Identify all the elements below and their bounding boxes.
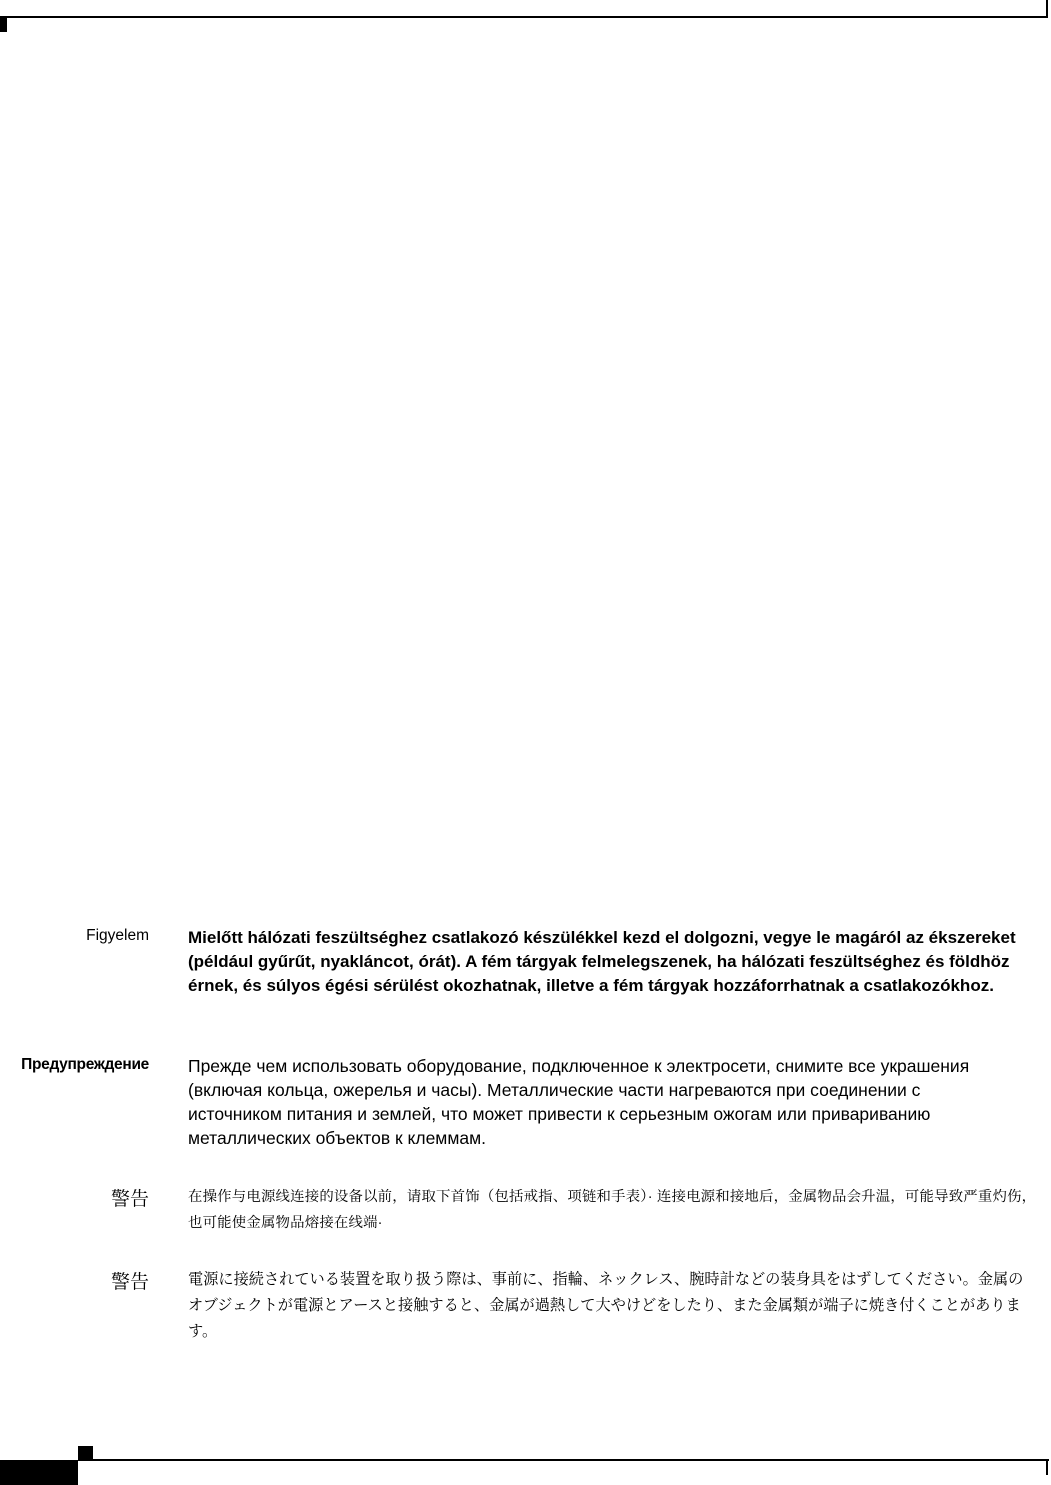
footer-marker-small [78, 1446, 93, 1459]
header-rule-end-tick [1046, 0, 1048, 18]
warning-label: Предупреждение [21, 1056, 149, 1074]
footer-rule-end-tick [1046, 1459, 1048, 1475]
warning-text: Прежде чем использовать оборудование, по… [188, 1054, 1018, 1150]
warning-label: 警告 [111, 1267, 149, 1294]
header-rule [0, 16, 1047, 18]
warning-text: 在操作与电源线连接的设备以前，请取下首饰（包括戒指、项链和手表）· 连接电源和接… [188, 1184, 1038, 1236]
footer-rule [78, 1459, 1049, 1461]
header-marker-block [0, 18, 7, 32]
warning-label: Figyelem [86, 927, 149, 945]
footer-page-tab-block [0, 1460, 78, 1485]
warning-label: 警告 [111, 1184, 149, 1211]
warning-text: Mielőtt hálózati feszültséghez csatlakoz… [188, 926, 1018, 998]
warning-text: 電源に接続されている装置を取り扱う際は、事前に、指輪、ネックレス、腕時計などの装… [188, 1267, 1038, 1345]
